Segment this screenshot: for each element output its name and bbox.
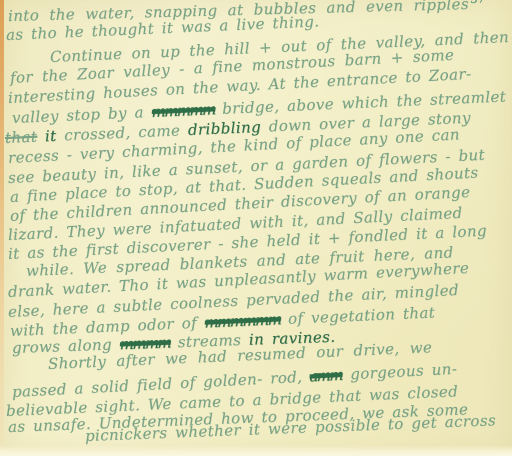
inserted-word: it [45,127,57,145]
scribbled-out-word: mmmmm [151,101,215,120]
handwritten-text: of vegetation that [280,303,436,328]
handwritten-text: gorgeous un- [342,360,458,384]
scribbled-out-word: amm [310,367,343,385]
struck-word: that [5,128,38,147]
page-number: 37 [471,0,486,6]
page-edge-bottom [0,445,512,456]
journal-page: into the water, snapping at bubbles and … [0,0,512,456]
scribbled-out-word: mmmmmm [204,311,281,330]
page-edge-left [0,0,4,456]
